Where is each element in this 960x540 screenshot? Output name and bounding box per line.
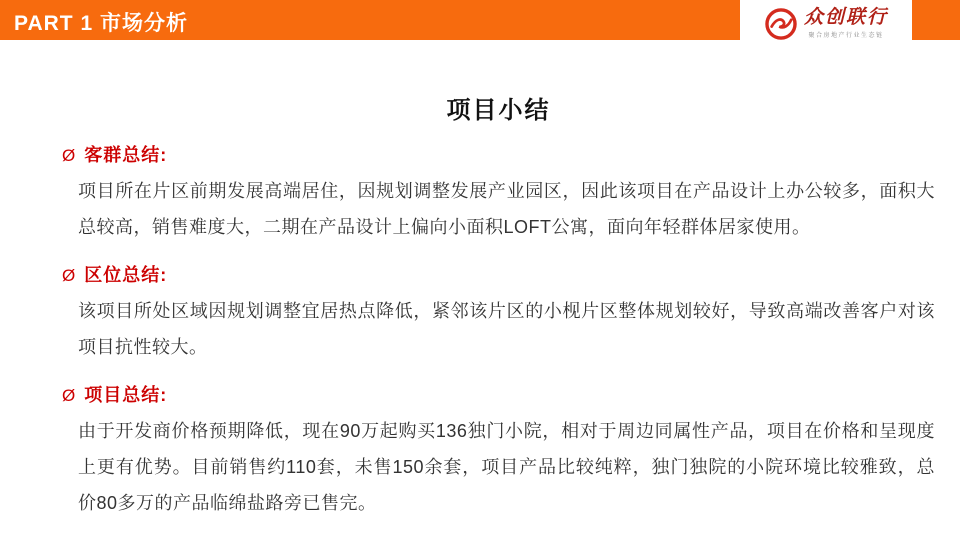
bullet-icon: Ø <box>62 146 76 165</box>
slide-title: 项目小结 <box>62 90 935 125</box>
company-name: 众创联行 <box>804 8 888 28</box>
heading-customer-summary-label: 客群总结: <box>84 145 167 165</box>
heading-location-summary: Ø区位总结: <box>62 261 935 287</box>
slide-content: 项目小结 Ø客群总结: 项目所在片区前期发展高端居住，因规划调整发展产业园区，因… <box>0 40 960 521</box>
company-logo-text: 众创联行 聚合房地产行业生态链 <box>804 8 888 39</box>
heading-location-summary-label: 区位总结: <box>84 265 167 285</box>
heading-customer-summary: Ø客群总结: <box>62 141 935 167</box>
paragraph-location-summary: 该项目所处区域因规划调整宜居热点降低，紧邻该片区的小枧片区整体规划较好，导致高端… <box>78 293 935 365</box>
company-logo: 众创联行 聚合房地产行业生态链 <box>740 0 912 47</box>
paragraph-project-summary: 由于开发商价格预期降低，现在90万起购买136独门小院，相对于周边同属性产品，项… <box>78 413 935 521</box>
company-logo-icon <box>764 7 798 41</box>
heading-project-summary-label: 项目总结: <box>84 385 167 405</box>
company-tagline: 聚合房地产行业生态链 <box>808 30 883 39</box>
paragraph-customer-summary: 项目所在片区前期发展高端居住，因规划调整发展产业园区，因此该项目在产品设计上办公… <box>78 173 935 245</box>
heading-project-summary: Ø项目总结: <box>62 381 935 407</box>
bullet-icon: Ø <box>62 266 76 285</box>
section-part-title: PART 1 市场分析 <box>14 7 188 37</box>
bullet-icon: Ø <box>62 386 76 405</box>
presentation-slide: PART 1 市场分析 众创联行 聚合房地产行业生态链 项目小结 Ø客群总结: … <box>0 0 960 540</box>
